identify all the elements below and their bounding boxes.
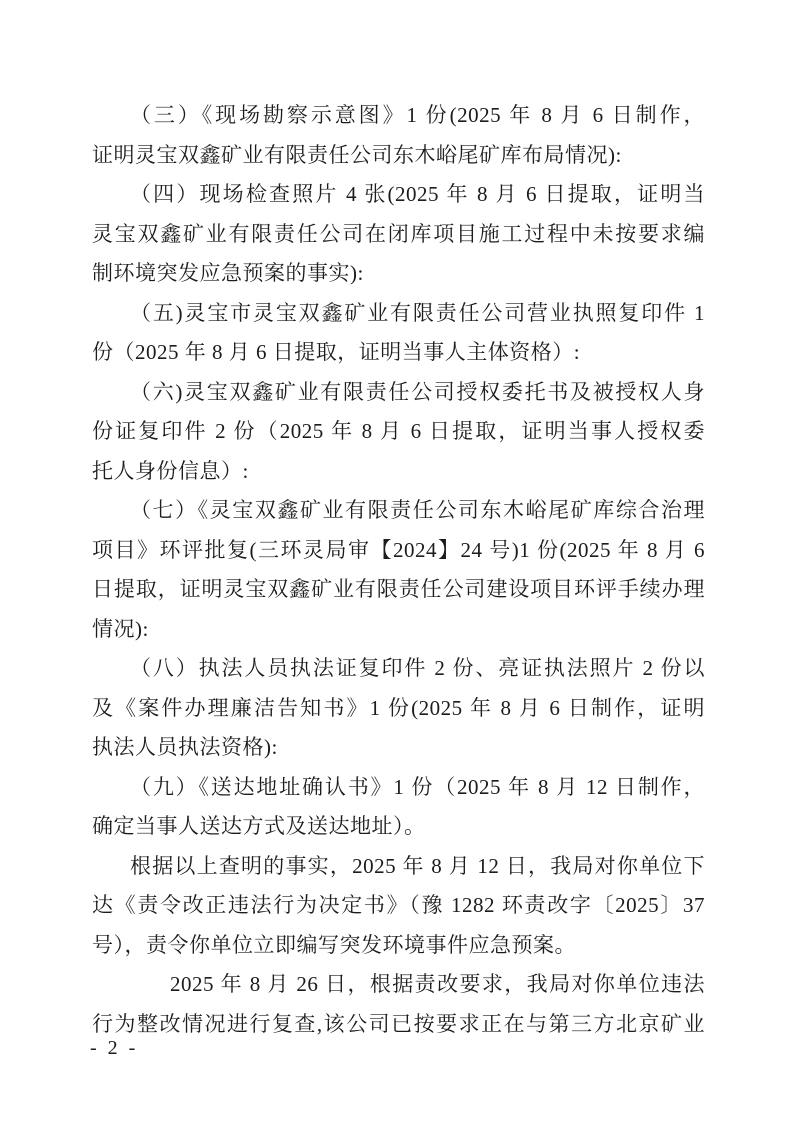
text-line: 日提取，证明灵宝双鑫矿业有限责任公司建设项目环评手续办理	[92, 570, 705, 610]
text-line: 项目》环评批复(三环灵局审【2024】24 号)1 份(2025 年 8 月 6	[92, 531, 705, 571]
text-line: 证明灵宝双鑫矿业有限责任公司东木峪尾矿库布局情况):	[92, 136, 705, 176]
text-line: （八）执法人员执法证复印件 2 份、亮证执法照片 2 份以	[92, 649, 705, 689]
text-line: 份证复印件 2 份（2025 年 8 月 6 日提取，证明当事人授权委	[92, 412, 705, 452]
text-line: 号），责令你单位立即编写突发环境事件应急预案。	[92, 926, 705, 966]
text-line: （九）《送达地址确认书》1 份（2025 年 8 月 12 日制作，	[92, 768, 705, 808]
text-line: 及《案件办理廉洁告知书》1 份(2025 年 8 月 6 日制作，证明	[92, 689, 705, 729]
text-line: 执法人员执法资格):	[92, 728, 705, 768]
text-line: 托人身份信息）:	[92, 452, 705, 492]
document-page: （三）《现场勘察示意图》1 份(2025 年 8 月 6 日制作， 证明灵宝双鑫…	[0, 0, 793, 1122]
text-line: 达《责令改正违法行为决定书》（豫 1282 环责改字〔2025〕37	[92, 886, 705, 926]
text-line: （三）《现场勘察示意图》1 份(2025 年 8 月 6 日制作，	[92, 96, 705, 136]
document-body: （三）《现场勘察示意图》1 份(2025 年 8 月 6 日制作， 证明灵宝双鑫…	[92, 96, 705, 1044]
text-line: （五)灵宝市灵宝双鑫矿业有限责任公司营业执照复印件 1	[92, 294, 705, 334]
text-line: 份（2025 年 8 月 6 日提取，证明当事人主体资格）:	[92, 333, 705, 373]
text-line: 2025 年 8 月 26 日，根据责改要求，我局对你单位违法	[92, 965, 705, 1005]
text-line: 制环境突发应急预案的事实):	[92, 254, 705, 294]
text-line: （四）现场检查照片 4 张(2025 年 8 月 6 日提取，证明当	[92, 175, 705, 215]
text-line: 根据以上查明的事实，2025 年 8 月 12 日，我局对你单位下	[92, 847, 705, 887]
text-line: 灵宝双鑫矿业有限责任公司在闭库项目施工过程中未按要求编	[92, 215, 705, 255]
page-number: - 2 -	[90, 1037, 138, 1060]
text-line: 行为整改情况进行复查,该公司已按要求正在与第三方北京矿业	[92, 1005, 705, 1045]
text-line: （七）《灵宝双鑫矿业有限责任公司东木峪尾矿库综合治理	[92, 491, 705, 531]
text-line: 情况):	[92, 610, 705, 650]
text-line: （六)灵宝双鑫矿业有限责任公司授权委托书及被授权人身	[92, 373, 705, 413]
text-line: 确定当事人送达方式及送达地址）。	[92, 807, 705, 847]
